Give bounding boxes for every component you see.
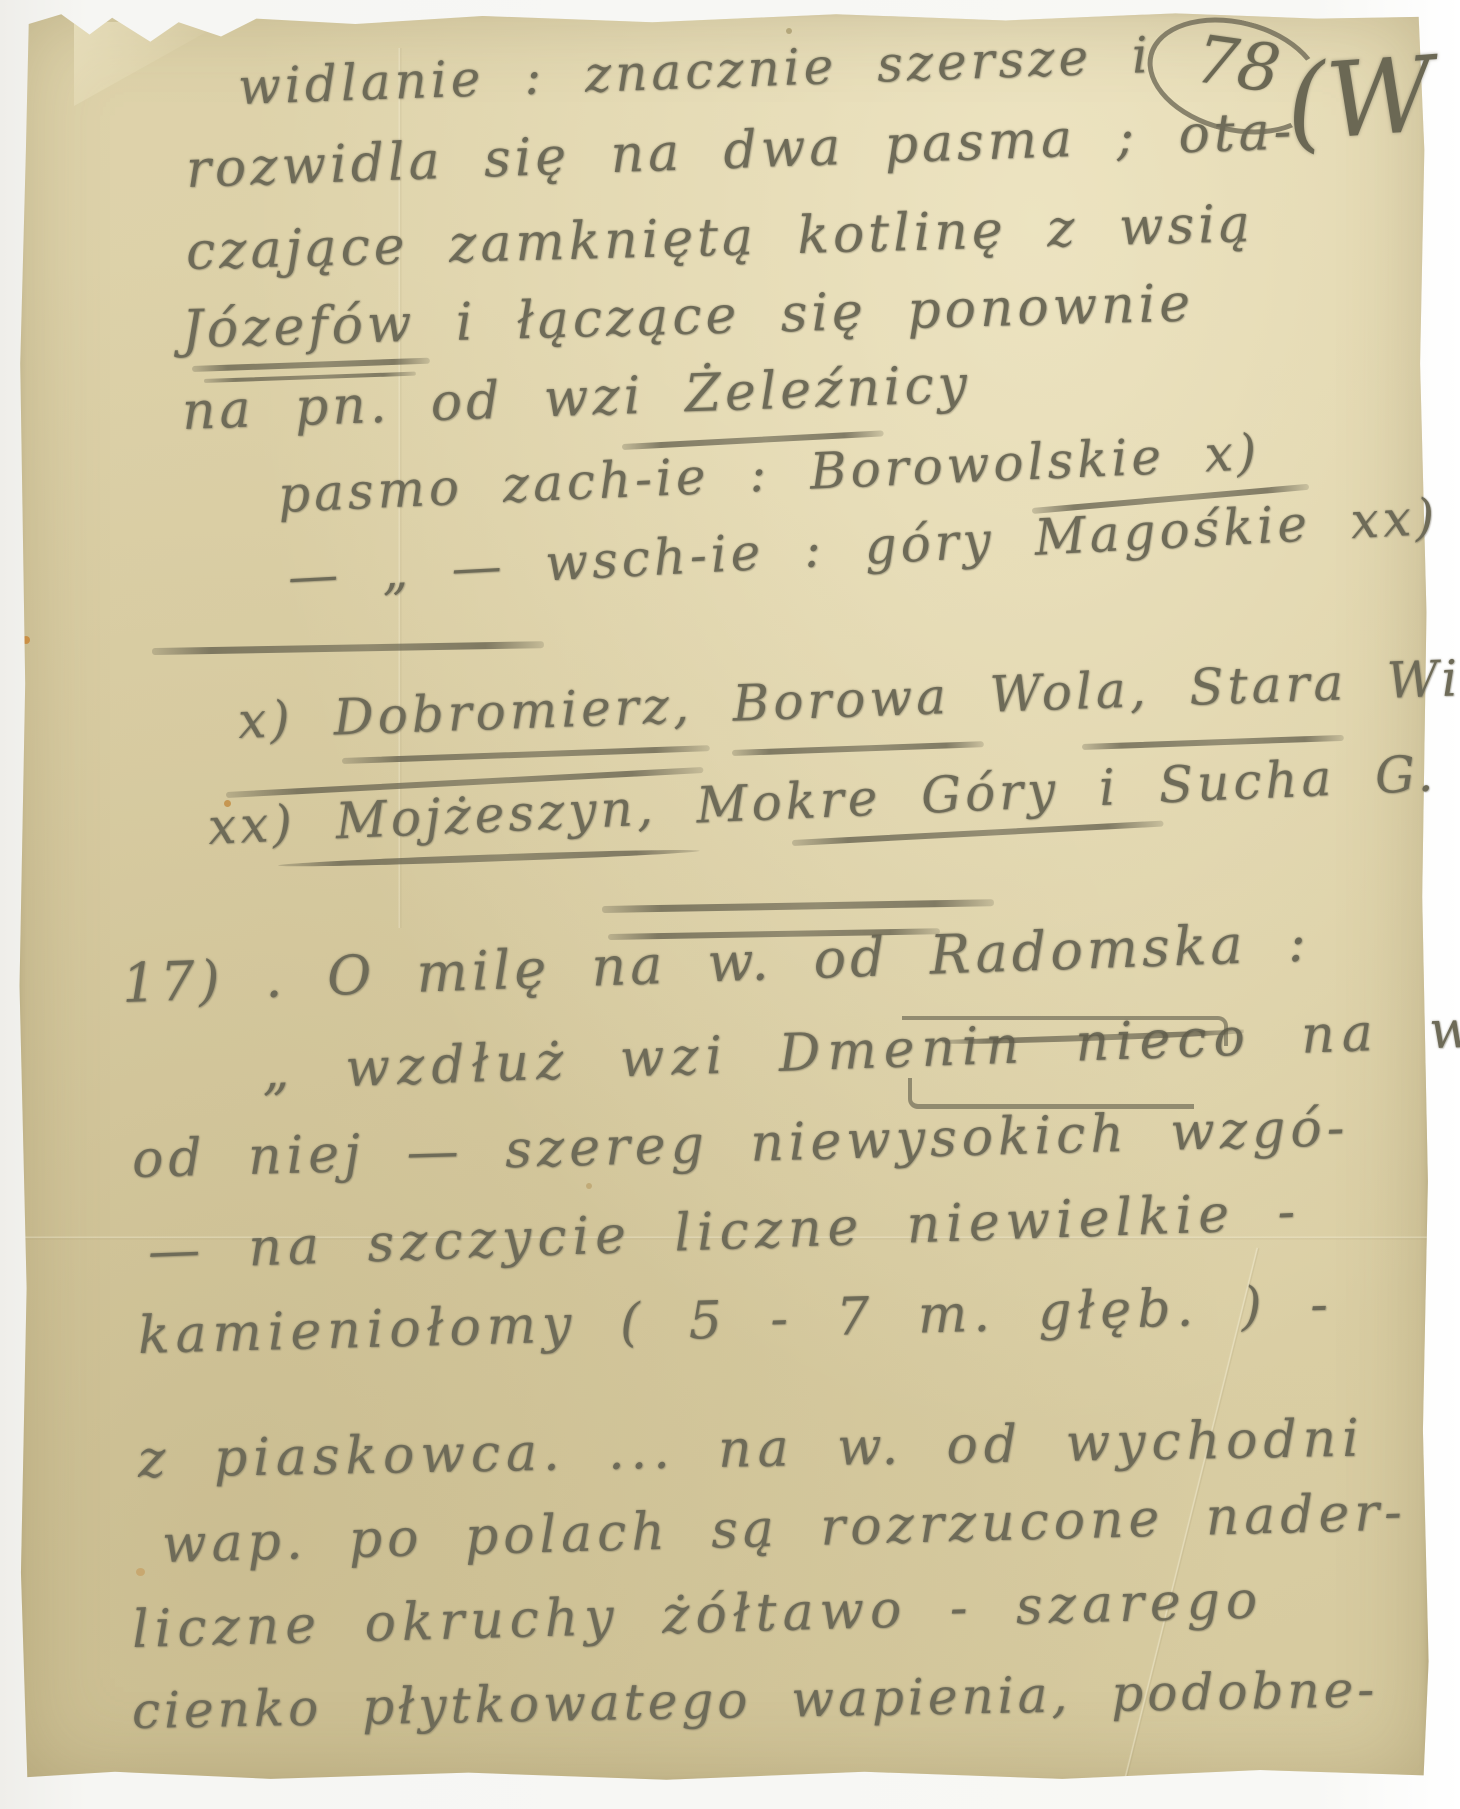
paper-speck [136,1568,145,1576]
dmenin-overline [902,1016,1228,1046]
corner-annotation: (W [1282,33,1438,165]
dmenin-underline [908,1078,1194,1109]
scanned-manuscript-page: { "page": { "page_number": "78", "corner… [0,0,1460,1809]
paper-speck [586,1183,592,1189]
paper-speck [786,28,792,34]
page-number: 78 [1191,21,1285,109]
